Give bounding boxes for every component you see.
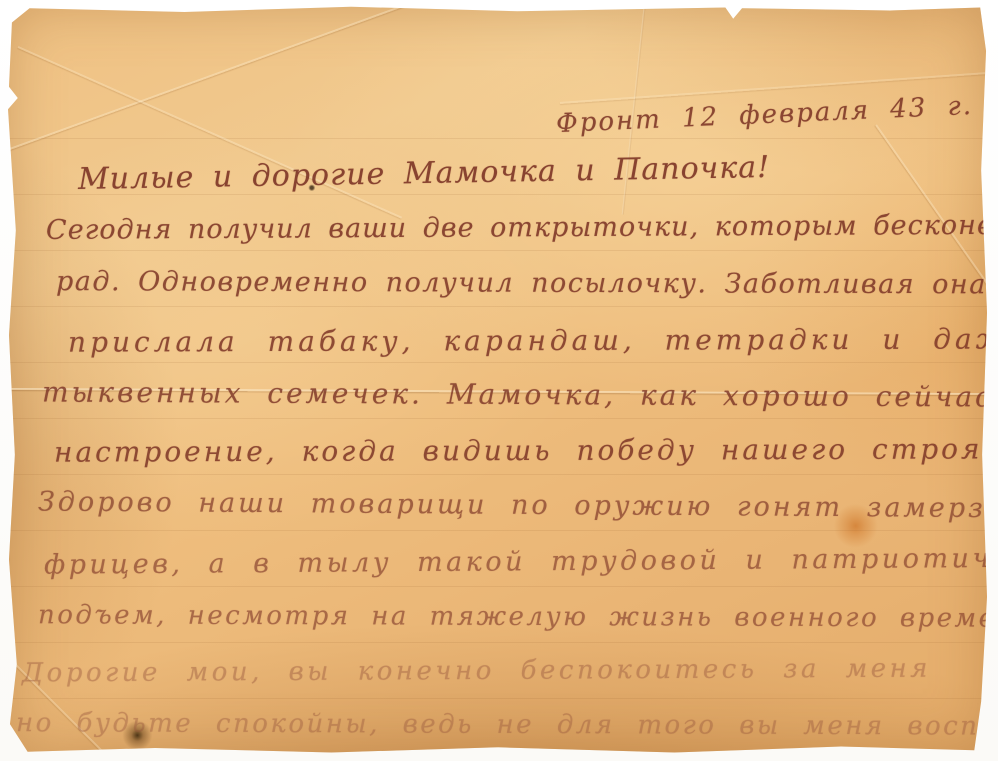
crease-right-diagonal (875, 124, 998, 387)
paper-ruling-lines (8, 138, 988, 754)
crease-topleft-diagonal-a (0, 0, 439, 158)
letter-line: Дорогие мои, вы конечно беспокоитесь за … (22, 654, 931, 689)
letter-paper: Фронт 12 февраля 43 г. Милые и дорогие М… (8, 6, 988, 754)
letter-line: Здорово наши товарищи по оружию гонят за… (38, 486, 998, 524)
letter-line: рад. Одновременно получил посылочку. Заб… (56, 266, 998, 301)
letter-date: Фронт 12 февраля 43 г. (556, 91, 974, 139)
crease-topleft-diagonal-b (18, 46, 403, 219)
letter-salutation: Милые и дорогие Мамочка и Папочка! (78, 150, 771, 197)
letter-line: тыквенных семечек. Мамочка, как хорошо с… (42, 376, 994, 414)
crease-top-right (560, 70, 998, 104)
crease-bottomleft-diagonal (0, 646, 119, 761)
letter-line: фрицев, а в тылу такой трудовой и патрио… (44, 542, 998, 580)
letter-line: но будьте спокойны, ведь не для того вы … (16, 708, 998, 742)
scanned-letter: Фронт 12 февраля 43 г. Милые и дорогие М… (0, 0, 998, 761)
crease-top-vertical (622, 1, 646, 215)
letter-line: прислала табаку, карандаш, тетрадки и да… (68, 322, 998, 358)
letter-line: настроение, когда видишь победу нашего с… (54, 432, 995, 468)
letter-line: Сегодня получил ваши две открыточки, кот… (46, 209, 998, 246)
crease-horizontal-fold (8, 388, 988, 395)
letter-line: подъем, несмотря на тяжелую жизнь военно… (38, 600, 998, 634)
